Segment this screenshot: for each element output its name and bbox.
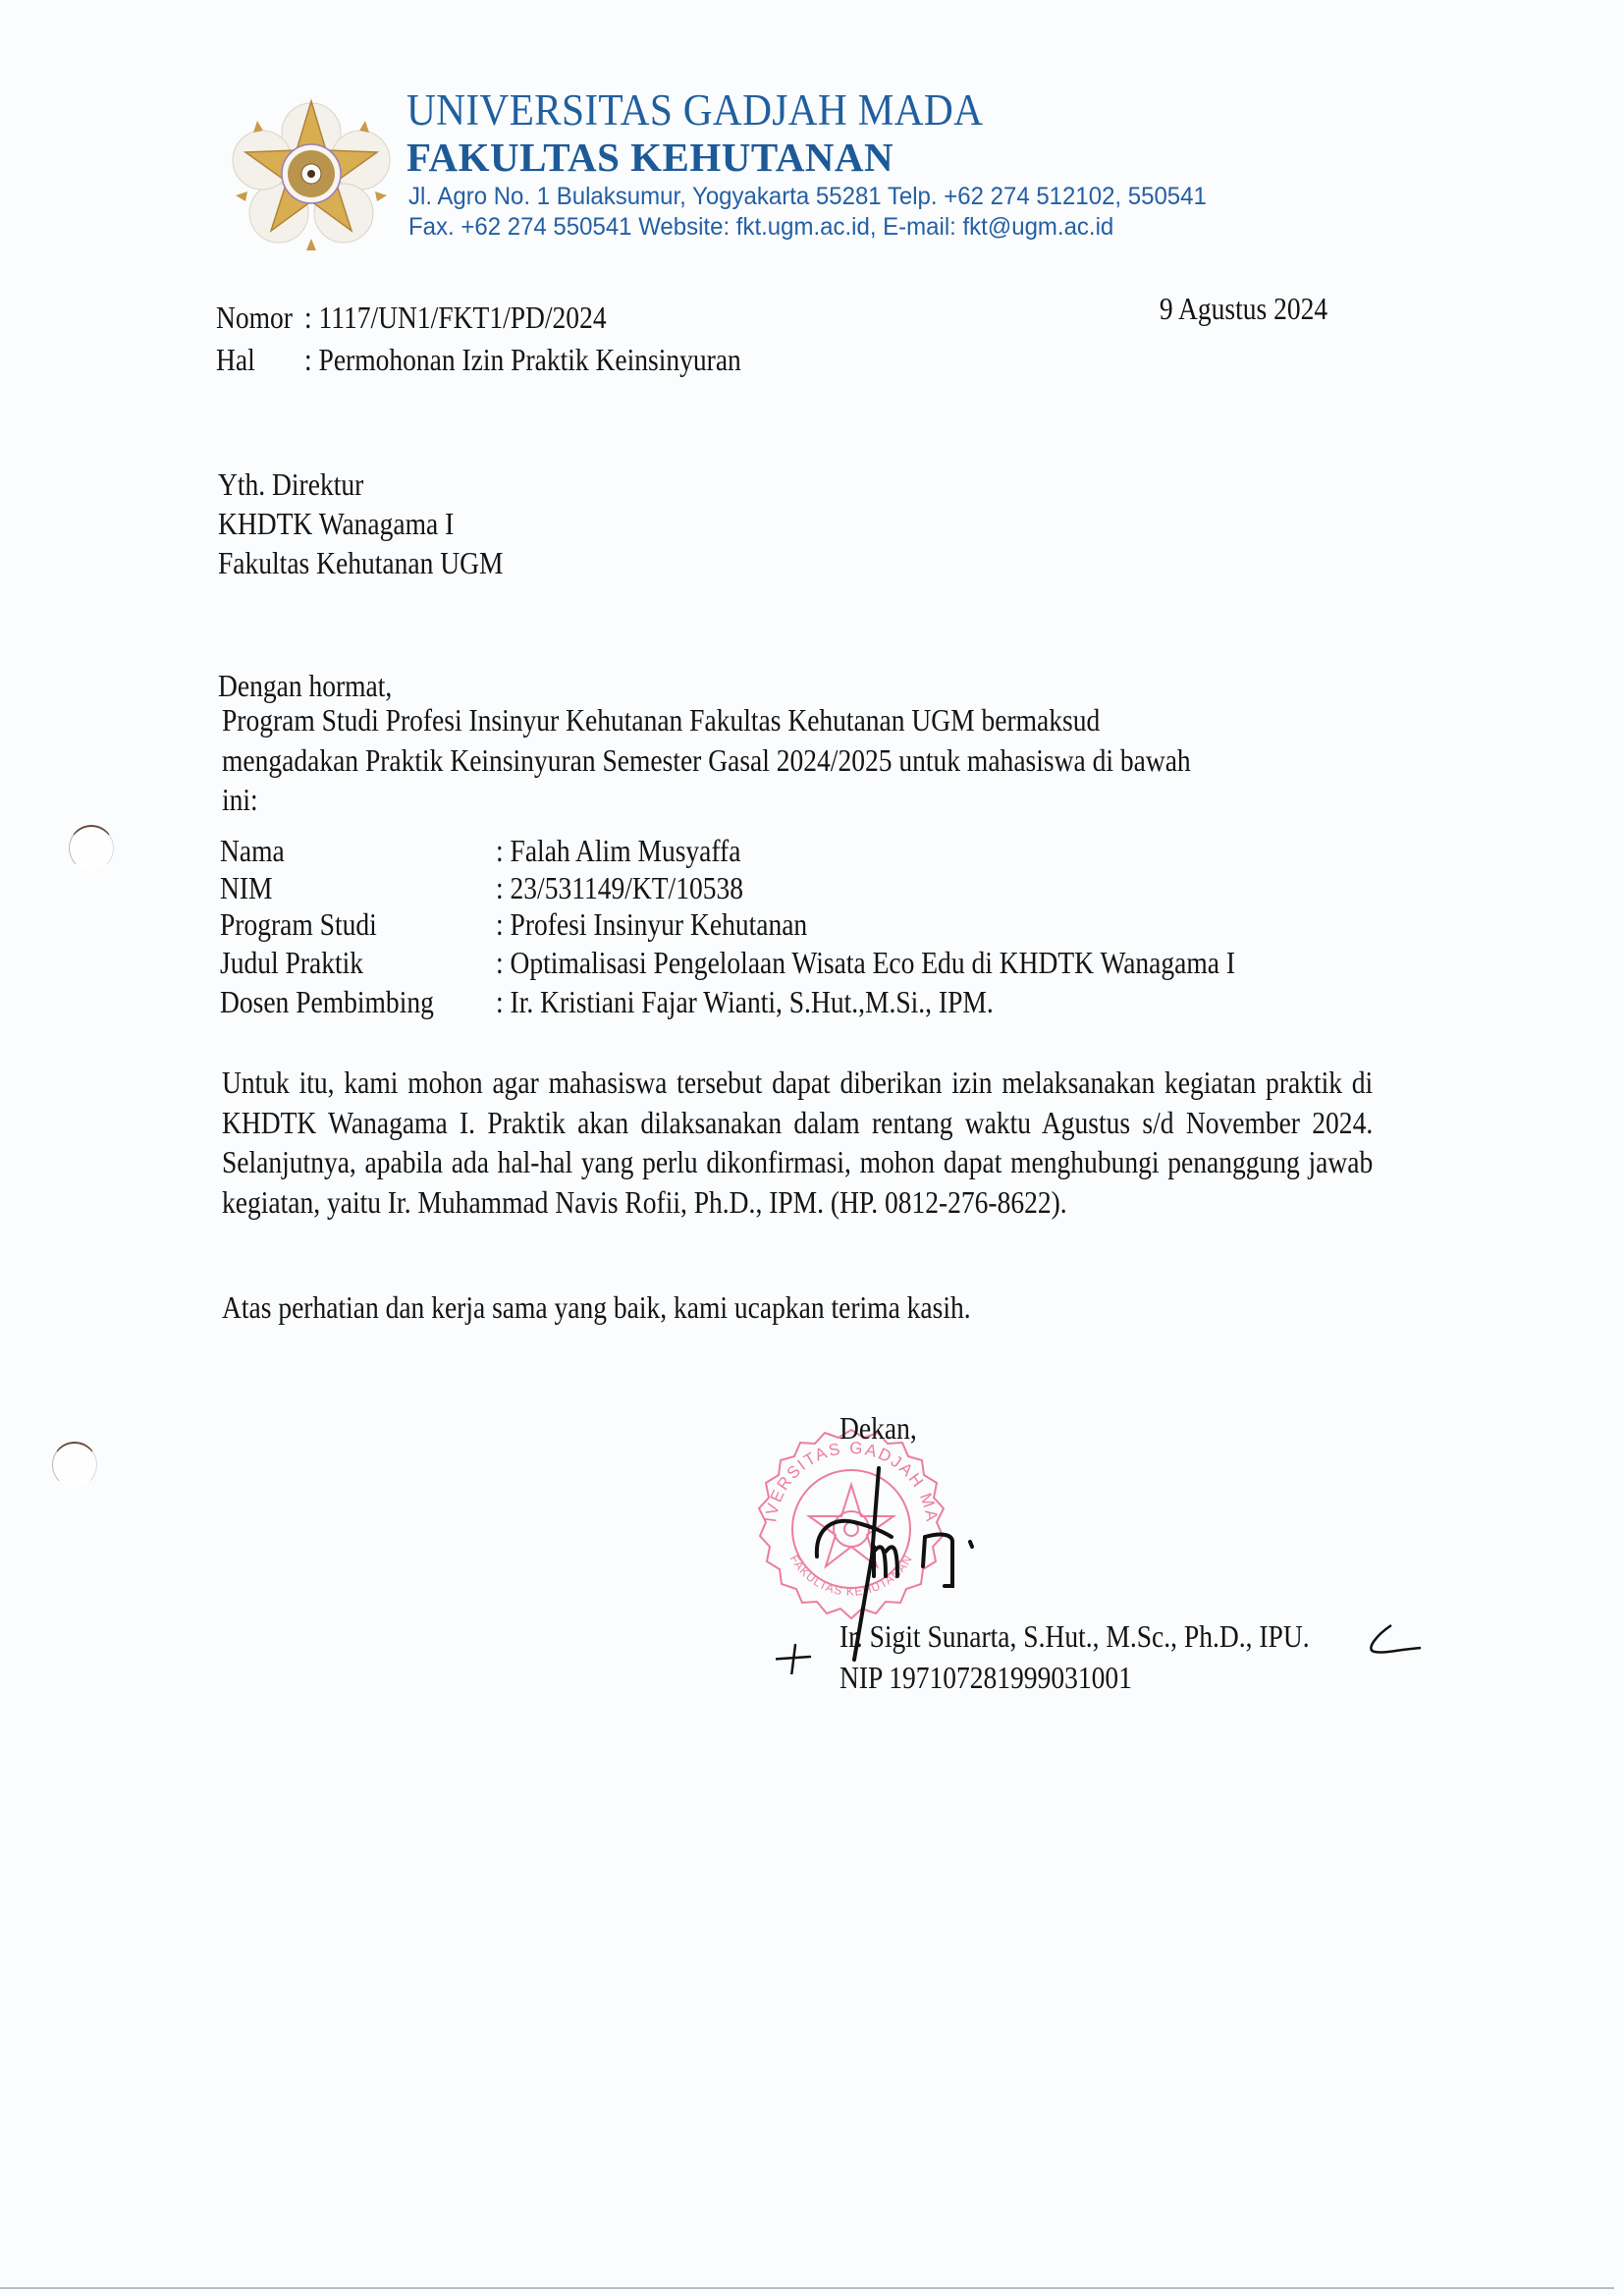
letter-date: 9 Agustus 2024 [1160, 291, 1327, 327]
student-field-value: : Ir. Kristiani Fajar Wianti, S.Hut.,M.S… [496, 984, 994, 1020]
scan-edge-line [0, 2287, 1614, 2289]
punch-hole [52, 1442, 97, 1488]
hal-label: Hal [216, 342, 255, 378]
nomor-value: : 1117/UN1/FKT1/PD/2024 [304, 300, 607, 336]
university-name: UNIVERSITAS GADJAH MADA [406, 84, 983, 136]
student-field-label: Judul Praktik [220, 945, 363, 981]
student-field-label: Dosen Pembimbing [220, 984, 434, 1020]
student-field-value: : Optimalisasi Pengelolaan Wisata Eco Ed… [496, 945, 1235, 981]
recipient-line: Yth. Direktur [218, 466, 363, 503]
request-text: Untuk itu, kami mohon agar mahasiswa ter… [222, 1063, 1373, 1222]
recipient-line: Fakultas Kehutanan UGM [218, 545, 503, 581]
faculty-name: FAKULTAS KEHUTANAN [406, 134, 893, 181]
ugm-emblem-icon [228, 93, 395, 250]
student-field-label: Nama [220, 833, 285, 869]
student-field-label: NIM [220, 870, 273, 906]
student-field-value: : Falah Alim Musyaffa [496, 833, 740, 869]
faculty-contact: Fax. +62 274 550541 Website: fkt.ugm.ac.… [408, 213, 1113, 242]
faculty-address: Jl. Agro No. 1 Bulaksumur, Yogyakarta 55… [408, 183, 1207, 211]
signatory-title: Dekan, [839, 1410, 917, 1447]
nomor-label: Nomor [216, 300, 293, 336]
punch-hole [69, 825, 114, 871]
signatory-name: Ir. Sigit Sunarta, S.Hut., M.Sc., Ph.D.,… [839, 1618, 1310, 1655]
closing-text: Atas perhatian dan kerja sama yang baik,… [222, 1289, 971, 1326]
hal-value: : Permohonan Izin Praktik Keinsinyuran [304, 342, 741, 378]
student-field-value: : Profesi Insinyur Kehutanan [496, 906, 807, 943]
intro-text: Program Studi Profesi Insinyur Kehutanan… [222, 700, 1223, 820]
salutation: Dengan hormat, [218, 668, 392, 704]
recipient-line: KHDTK Wanagama I [218, 506, 454, 542]
student-field-label: Program Studi [220, 906, 377, 943]
intro-paragraph: Program Studi Profesi Insinyur Kehutanan… [222, 700, 1223, 820]
student-field-value: : 23/531149/KT/10538 [496, 870, 743, 906]
request-paragraph: Untuk itu, kami mohon agar mahasiswa ter… [222, 1063, 1373, 1222]
signatory-nip: NIP 197107281999031001 [839, 1660, 1132, 1696]
initial-mark-icon [1357, 1620, 1426, 1660]
